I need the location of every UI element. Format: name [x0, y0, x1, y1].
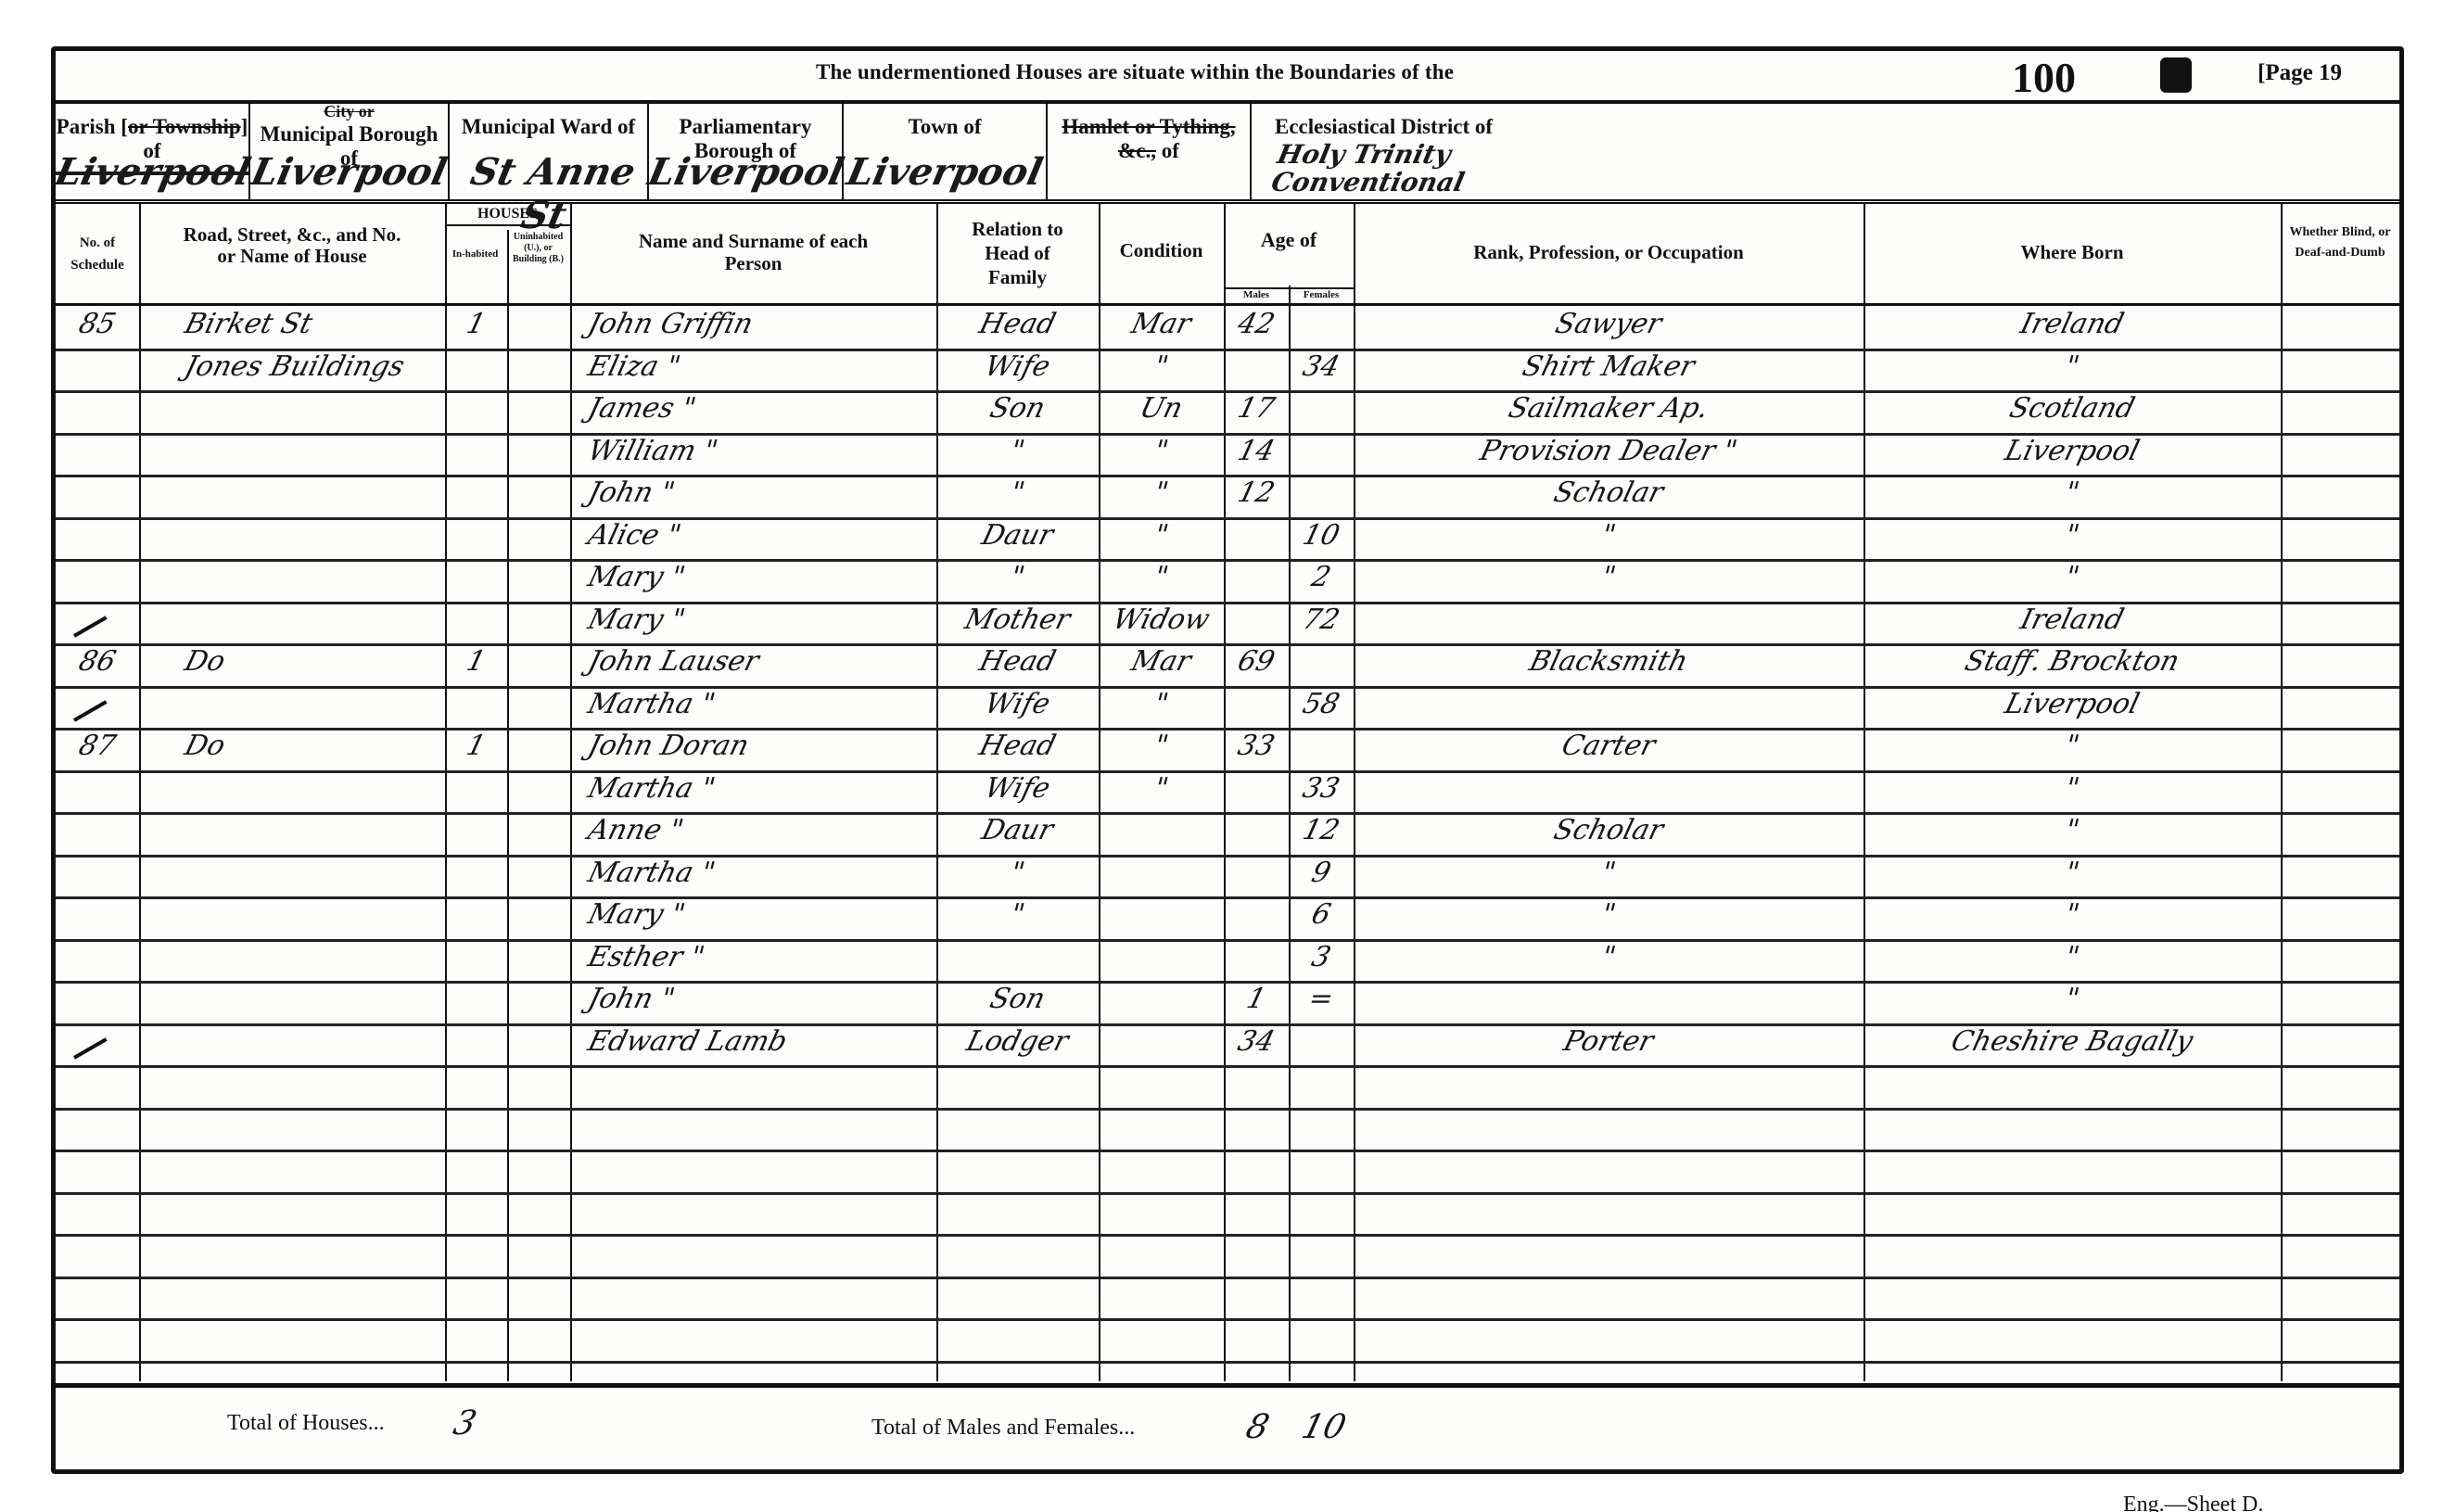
census-sheet: The undermentioned Houses are situate wi…	[51, 46, 2404, 1474]
cell-name: Mary "	[585, 898, 936, 931]
cell-female-age: 6	[1285, 898, 1358, 931]
cell-occupation: "	[1350, 941, 1868, 973]
borough-value: Liverpool	[246, 150, 452, 194]
ward-cell: Municipal Ward of St Anne St	[450, 104, 649, 199]
cell-condition: "	[1095, 476, 1228, 509]
cell-relation: Head	[933, 645, 1103, 678]
cell-road: Birket St	[145, 308, 487, 340]
cell-name: John Doran	[585, 730, 936, 762]
cell-relation: Son	[933, 983, 1103, 1015]
cell-occupation: "	[1350, 898, 1868, 931]
col-occupation: Rank, Profession, or Occupation	[1354, 204, 1864, 306]
cell-schedule: 85	[52, 308, 144, 340]
cell-born: "	[1860, 857, 2285, 889]
cell-relation: "	[933, 898, 1103, 931]
page-number: [Page 19	[2258, 60, 2342, 86]
cell-male-age: 17	[1220, 392, 1293, 425]
table-row: Anne "Daur12Scholar"	[56, 812, 2399, 855]
table-row: James "SonUn17Sailmaker Ap.Scotland	[56, 390, 2399, 433]
cell-occupation: "	[1350, 519, 1868, 552]
cell-road: Do	[145, 645, 487, 678]
cell-condition: "	[1095, 519, 1228, 552]
cell-name: Martha "	[585, 857, 936, 889]
cell-inhabited: 1	[441, 730, 512, 762]
cell-name: Esther "	[585, 941, 936, 973]
cell-female-age: 12	[1285, 814, 1358, 846]
cell-occupation: Sawyer	[1350, 308, 1868, 340]
cell-name: William "	[585, 435, 936, 467]
cell-schedule: 86	[52, 645, 144, 678]
town-cell: Town of Liverpool	[844, 104, 1048, 199]
cell-occupation: Porter	[1350, 1025, 1868, 1058]
cell-male-age: 42	[1220, 308, 1293, 340]
cell-occupation: Scholar	[1350, 476, 1868, 509]
struck-city-label: City or	[250, 102, 448, 121]
cell-relation: Son	[933, 392, 1103, 425]
cell-male-age: 69	[1220, 645, 1293, 678]
sheet-number: 100	[2012, 53, 2076, 102]
hamlet-cell: Hamlet or Tything, &c., of	[1048, 104, 1252, 199]
table-row: Edward LambLodger34PorterCheshire Bagall…	[56, 1023, 2399, 1066]
sheet-footer: Eng.—Sheet D.	[2123, 1493, 2263, 1512]
row-rule	[56, 1192, 2399, 1195]
row-rule	[56, 1065, 2399, 1068]
col-schedule: No. of Schedule	[56, 204, 139, 306]
cell-born: "	[1860, 476, 2285, 509]
cell-occupation: Scholar	[1350, 814, 1868, 846]
total-persons-label: Total of Males and Females...	[871, 1416, 1135, 1441]
cell-name: James "	[585, 392, 936, 425]
cell-condition: Mar	[1095, 645, 1228, 678]
table-row: Mary "MotherWidow72Ireland	[56, 602, 2399, 644]
entries-table: No. of Schedule Road, Street, &c., and N…	[56, 204, 2399, 1381]
cell-relation: Daur	[933, 814, 1103, 846]
cell-female-age: =	[1285, 983, 1358, 1015]
table-row: 85Birket St1John GriffinHeadMar42SawyerI…	[56, 306, 2399, 349]
cell-relation: Wife	[933, 772, 1103, 805]
town-label: Town of	[844, 115, 1046, 139]
ecclesiastical-cell: Ecclesiastical District of Holy Trinity …	[1252, 104, 2399, 199]
cell-name: John Lauser	[585, 645, 936, 678]
cell-born: Cheshire Bagally	[1860, 1025, 2285, 1058]
table-row: Martha ""9""	[56, 855, 2399, 897]
cell-condition: Mar	[1095, 308, 1228, 340]
cell-born: Liverpool	[1860, 435, 2285, 467]
cell-condition: "	[1095, 435, 1228, 467]
cell-condition: "	[1095, 772, 1228, 805]
cell-born: "	[1860, 561, 2285, 593]
totals-row: Total of Houses... 3 Total of Males and …	[56, 1383, 2399, 1477]
cell-male-age: 14	[1220, 435, 1293, 467]
cell-name: John "	[585, 983, 936, 1015]
ward-label: Municipal Ward of	[450, 115, 647, 139]
parish-cell: Parish [or Township] of Liverpool	[56, 104, 250, 199]
cell-relation: Mother	[933, 604, 1103, 636]
table-row: Jones BuildingsEliza "Wife"34Shirt Maker…	[56, 349, 2399, 391]
total-females-value: 10	[1298, 1408, 1350, 1446]
cell-female-age: 58	[1285, 688, 1358, 720]
cell-name: Eliza "	[585, 350, 936, 383]
cell-road: Do	[145, 730, 487, 762]
cell-occupation: Blacksmith	[1350, 645, 1868, 678]
cell-name: Martha "	[585, 772, 936, 805]
cell-condition: Widow	[1095, 604, 1228, 636]
title-band: The undermentioned Houses are situate wi…	[56, 51, 2399, 104]
cell-road: Jones Buildings	[145, 350, 487, 383]
cell-female-age: 72	[1285, 604, 1358, 636]
table-row: Mary """2""	[56, 559, 2399, 602]
cell-name: John "	[585, 476, 936, 509]
cell-born: Scotland	[1860, 392, 2285, 425]
table-row: Martha "Wife"33"	[56, 770, 2399, 813]
cell-born: "	[1860, 983, 2285, 1015]
cell-female-age: 34	[1285, 350, 1358, 383]
cell-name: John Griffin	[585, 308, 936, 340]
cell-relation: "	[933, 476, 1103, 509]
cell-born: Ireland	[1860, 604, 2285, 636]
col-relation: Relation to Head of Family	[936, 204, 1099, 306]
cell-occupation: "	[1350, 561, 1868, 593]
row-rule	[56, 1234, 2399, 1237]
col-condition: Condition	[1099, 204, 1224, 306]
cell-male-age: 1	[1220, 983, 1293, 1015]
town-value: Liverpool	[839, 150, 1050, 194]
cell-born: "	[1860, 730, 2285, 762]
table-row: Martha "Wife"58Liverpool	[56, 686, 2399, 729]
struck-hamlet-label: Hamlet or Tything, &c.,	[1062, 115, 1235, 162]
cell-female-age: 10	[1285, 519, 1358, 552]
table-row: Mary ""6""	[56, 896, 2399, 939]
table-row: Esther "3""	[56, 939, 2399, 982]
row-rule	[56, 1108, 2399, 1111]
cell-relation: Head	[933, 308, 1103, 340]
cell-condition: "	[1095, 561, 1228, 593]
cell-name: Mary "	[585, 604, 936, 636]
table-row: William """14Provision Dealer "Liverpool	[56, 433, 2399, 476]
cell-born: "	[1860, 814, 2285, 846]
cell-relation: "	[933, 561, 1103, 593]
ink-blot	[2160, 57, 2192, 93]
col-born: Where Born	[1864, 204, 2281, 306]
col-road: Road, Street, &c., and No. or Name of Ho…	[139, 204, 445, 306]
cell-name: Edward Lamb	[585, 1025, 936, 1058]
table-row: John """12Scholar"	[56, 475, 2399, 517]
table-row: 87Do1John DoranHead"33Carter"	[56, 728, 2399, 770]
parish-value: Liverpool	[51, 150, 253, 194]
total-houses-value: 3	[450, 1404, 480, 1442]
hamlet-label-tail: of	[1156, 139, 1179, 162]
cell-born: "	[1860, 898, 2285, 931]
total-males-value: 8	[1242, 1408, 1273, 1446]
cell-name: Martha "	[585, 688, 936, 720]
cell-relation: Lodger	[933, 1025, 1103, 1058]
cell-schedule: 87	[52, 730, 144, 762]
cell-inhabited: 1	[441, 308, 512, 340]
cell-female-age: 3	[1285, 941, 1358, 973]
borough-cell: City or Municipal Borough of Liverpool	[250, 104, 450, 199]
cell-occupation: Provision Dealer "	[1350, 435, 1868, 467]
boundaries-title: The undermentioned Houses are situate wi…	[816, 60, 1454, 84]
parliamentary-cell: Parliamentary Borough of Liverpool	[649, 104, 844, 199]
col-blind: Whether Blind, or Deaf-and-Dumb	[2281, 204, 2399, 306]
cell-female-age: 2	[1285, 561, 1358, 593]
cell-male-age: 12	[1220, 476, 1293, 509]
cell-condition: Un	[1095, 392, 1228, 425]
cell-name: Alice "	[585, 519, 936, 552]
cell-condition: "	[1095, 688, 1228, 720]
col-name: Name and Surname of each Person	[570, 204, 936, 306]
cell-name: Anne "	[585, 814, 936, 846]
cell-relation: Wife	[933, 688, 1103, 720]
row-rule	[56, 1277, 2399, 1279]
cell-born: "	[1860, 350, 2285, 383]
cell-relation: Wife	[933, 350, 1103, 383]
table-row: Alice "Daur"10""	[56, 517, 2399, 560]
table-row: 86Do1John LauserHeadMar69BlacksmithStaff…	[56, 643, 2399, 686]
parish-label: Parish [	[57, 115, 128, 138]
cell-relation: Daur	[933, 519, 1103, 552]
cell-condition: "	[1095, 730, 1228, 762]
boundaries-row: Parish [or Township] of Liverpool City o…	[56, 104, 2399, 204]
cell-relation: "	[933, 435, 1103, 467]
table-row: John "Son1="	[56, 981, 2399, 1023]
cell-born: Ireland	[1860, 308, 2285, 340]
ecclesiastical-value: Holy Trinity Conventional	[1269, 141, 1559, 197]
cell-female-age: 33	[1285, 772, 1358, 805]
row-rule	[56, 1150, 2399, 1152]
cell-relation: "	[933, 857, 1103, 889]
cell-relation: Head	[933, 730, 1103, 762]
cell-female-age: 9	[1285, 857, 1358, 889]
cell-name: Mary "	[585, 561, 936, 593]
cell-male-age: 34	[1220, 1025, 1293, 1058]
cell-inhabited: 1	[441, 645, 512, 678]
cell-male-age: 33	[1220, 730, 1293, 762]
total-houses-label: Total of Houses...	[227, 1411, 385, 1436]
cell-born: "	[1860, 519, 2285, 552]
cell-born: Staff. Brockton	[1860, 645, 2285, 678]
cell-born: "	[1860, 772, 2285, 805]
cell-occupation: Sailmaker Ap.	[1350, 392, 1868, 425]
cell-occupation: "	[1350, 857, 1868, 889]
cell-condition: "	[1095, 350, 1228, 383]
cell-born: Liverpool	[1860, 688, 2285, 720]
row-rule	[56, 1318, 2399, 1321]
row-rule	[56, 1361, 2399, 1364]
ecclesiastical-label: Ecclesiastical District of	[1275, 115, 1493, 139]
struck-township-label: or Township	[128, 115, 241, 138]
parliamentary-value: Liverpool	[644, 150, 846, 194]
cell-born: "	[1860, 941, 2285, 973]
cell-occupation: Shirt Maker	[1350, 350, 1868, 383]
cell-occupation: Carter	[1350, 730, 1868, 762]
